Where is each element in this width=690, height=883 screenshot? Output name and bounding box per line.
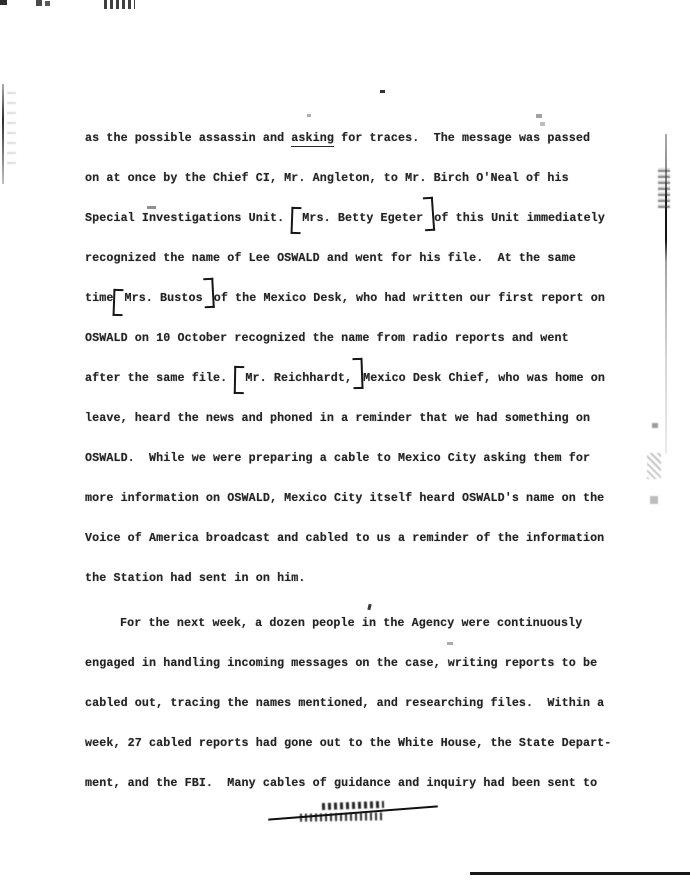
text-line: ment, and the FBI. Many cables of guidan… — [85, 776, 597, 790]
scan-speck — [447, 642, 453, 645]
scan-speck — [307, 114, 311, 117]
text-segment: of this Unit immediately — [434, 211, 605, 225]
text-line: more information on OSWALD, Mexico City … — [85, 491, 604, 505]
bracketed-name: Mrs. Betty Egeter — [291, 211, 434, 225]
scanned-document-page: as the possible assassin and asking for … — [0, 0, 690, 883]
top-edge-cutoff-text-fragment — [104, 0, 135, 9]
text-line: OSWALD on 10 October recognized the name… — [85, 331, 569, 345]
text-segment: engaged in handling incoming messages on… — [85, 656, 597, 670]
top-edge-cutoff-mark — [0, 0, 7, 5]
scan-speck — [652, 423, 658, 428]
scan-speck — [380, 90, 385, 93]
text-segment: the Station had sent in on him. — [85, 571, 306, 585]
text-line: as the possible assassin and asking for … — [85, 131, 590, 145]
text-segment: time — [85, 291, 113, 305]
text-line: cabled out, tracing the names mentioned,… — [85, 696, 604, 710]
text-segment: as the possible assassin and — [85, 131, 291, 145]
text-segment: cabled out, tracing the names mentioned,… — [85, 696, 604, 710]
text-segment: week, 27 cabled reports had gone out to … — [85, 736, 611, 750]
scan-speck — [650, 496, 658, 504]
text-line: engaged in handling incoming messages on… — [85, 656, 597, 670]
right-margin-handwriting-smudge — [658, 168, 670, 208]
scan-speck — [147, 206, 156, 209]
text-segment: Special Investigations Unit. — [85, 211, 291, 225]
text-segment: of the Mexico Desk, who had written our … — [214, 291, 605, 305]
text-segment: more information on OSWALD, Mexico City … — [85, 491, 604, 505]
text-segment: recognized the name of Lee OSWALD and we… — [85, 251, 576, 265]
text-line: timeMrs. Bustosof the Mexico Desk, who h… — [85, 291, 605, 305]
scan-speck — [367, 604, 371, 611]
text-line: the Station had sent in on him. — [85, 571, 306, 585]
text-line: recognized the name of Lee OSWALD and we… — [85, 251, 576, 265]
text-segment: after the same file. — [85, 371, 234, 385]
scan-speck — [647, 453, 661, 479]
text-segment: on at once by the Chief CI, Mr. Angleton… — [85, 171, 569, 185]
text-line: leave, heard the news and phoned in a re… — [85, 411, 590, 425]
bracketed-name: Mr. Reichhardt, — [234, 371, 363, 385]
stamp-illegible-text-row — [322, 801, 384, 810]
text-segment: OSWALD on 10 October recognized the name… — [85, 331, 569, 345]
text-segment: OSWALD. While we were preparing a cable … — [85, 451, 590, 465]
top-edge-cutoff-mark — [45, 1, 50, 6]
crossed-out-stamp — [288, 800, 428, 832]
text-segment: Mexico Desk Chief, who was home on — [363, 371, 605, 385]
text-line: week, 27 cabled reports had gone out to … — [85, 736, 611, 750]
text-segment: leave, heard the news and phoned in a re… — [85, 411, 590, 425]
text-segment: for traces. The message was passed — [334, 131, 590, 145]
text-line: on at once by the Chief CI, Mr. Angleton… — [85, 171, 569, 185]
scan-speck — [536, 114, 542, 118]
text-line: For the next week, a dozen people in the… — [120, 616, 582, 630]
left-margin-smudge — [7, 92, 16, 164]
left-scan-edge-line — [2, 84, 4, 184]
underlined-word: asking — [291, 131, 334, 147]
text-line: Voice of America broadcast and cabled to… — [85, 531, 604, 545]
scan-speck — [540, 122, 545, 126]
text-segment: For the next week, a dozen people in the… — [120, 616, 582, 630]
text-segment: ment, and the FBI. Many cables of guidan… — [85, 776, 597, 790]
text-segment: Voice of America broadcast and cabled to… — [85, 531, 604, 545]
text-line: OSWALD. While we were preparing a cable … — [85, 451, 590, 465]
bracketed-name: Mrs. Bustos — [113, 291, 213, 305]
bottom-edge-scan-line — [470, 872, 690, 875]
text-line: Special Investigations Unit. Mrs. Betty … — [85, 211, 605, 225]
text-line: after the same file. Mr. Reichhardt,Mexi… — [85, 371, 605, 385]
top-edge-cutoff-mark — [36, 0, 42, 6]
